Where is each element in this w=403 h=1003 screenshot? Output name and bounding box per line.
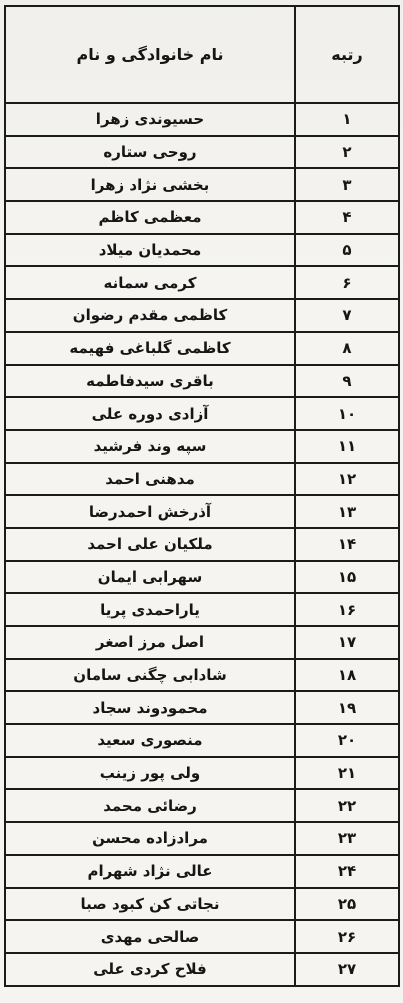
header-row: رتبه نام خانوادگی و نام: [5, 6, 399, 103]
name-cell: فلاح کردی علی: [5, 953, 295, 986]
rank-cell: ۱۹: [295, 691, 399, 724]
rank-cell: ۲: [295, 136, 399, 169]
rank-cell: ۱۷: [295, 626, 399, 659]
name-cell: رضائی محمد: [5, 789, 295, 822]
table-row: ۲ روحی ستاره: [5, 136, 399, 169]
name-cell: باقری سیدفاطمه: [5, 365, 295, 398]
table-header: رتبه نام خانوادگی و نام: [5, 6, 399, 103]
table-row: ۵ محمدیان میلاد: [5, 234, 399, 267]
name-column-header: نام خانوادگی و نام: [5, 6, 295, 103]
table-row: ۱۳ آذرخش احمدرضا: [5, 495, 399, 528]
rank-cell: ۶: [295, 266, 399, 299]
name-cell: مدهنی احمد: [5, 463, 295, 496]
rank-cell: ۱۰: [295, 397, 399, 430]
table-row: ۱۸ شادابی چگنی سامان: [5, 659, 399, 692]
table-row: ۲۰ منصوری سعید: [5, 724, 399, 757]
name-cell: یاراحمدی پریا: [5, 593, 295, 626]
table-row: ۱۵ سهرابی ایمان: [5, 561, 399, 594]
table-row: ۱ حسیوندی زهرا: [5, 103, 399, 136]
table-row: ۳ بخشی نژاد زهرا: [5, 168, 399, 201]
rank-cell: ۵: [295, 234, 399, 267]
rank-cell: ۹: [295, 365, 399, 398]
name-cell: شادابی چگنی سامان: [5, 659, 295, 692]
rank-column-header: رتبه: [295, 6, 399, 103]
rank-cell: ۲۶: [295, 920, 399, 953]
name-cell: اصل مرز اصغر: [5, 626, 295, 659]
name-cell: منصوری سعید: [5, 724, 295, 757]
name-cell: بخشی نژاد زهرا: [5, 168, 295, 201]
scanned-page: رتبه نام خانوادگی و نام ۱ حسیوندی زهرا ۲…: [0, 0, 403, 1003]
ranking-table: رتبه نام خانوادگی و نام ۱ حسیوندی زهرا ۲…: [4, 5, 400, 987]
table-row: ۴ معظمی کاظم: [5, 201, 399, 234]
name-cell: آزادی دوره علی: [5, 397, 295, 430]
table-row: ۲۵ نجاتی کن کبود صبا: [5, 888, 399, 921]
rank-cell: ۷: [295, 299, 399, 332]
rank-cell: ۱۴: [295, 528, 399, 561]
table-row: ۲۱ ولی پور زینب: [5, 757, 399, 790]
name-cell: مرادزاده محسن: [5, 822, 295, 855]
name-cell: محمدیان میلاد: [5, 234, 295, 267]
rank-cell: ۲۴: [295, 855, 399, 888]
rank-cell: ۸: [295, 332, 399, 365]
rank-cell: ۲۵: [295, 888, 399, 921]
table-row: ۶ کرمی سمانه: [5, 266, 399, 299]
table-row: ۱۴ ملکیان علی احمد: [5, 528, 399, 561]
rank-cell: ۱۲: [295, 463, 399, 496]
table-row: ۲۶ صالحی مهدی: [5, 920, 399, 953]
rank-cell: ۲۳: [295, 822, 399, 855]
rank-cell: ۴: [295, 201, 399, 234]
name-cell: محمودوند سجاد: [5, 691, 295, 724]
table-row: ۲۷ فلاح کردی علی: [5, 953, 399, 986]
rank-cell: ۱۸: [295, 659, 399, 692]
name-cell: صالحی مهدی: [5, 920, 295, 953]
name-cell: نجاتی کن کبود صبا: [5, 888, 295, 921]
table-row: ۸ کاظمی گلباغی فهیمه: [5, 332, 399, 365]
name-cell: معظمی کاظم: [5, 201, 295, 234]
rank-cell: ۳: [295, 168, 399, 201]
table-row: ۱۰ آزادی دوره علی: [5, 397, 399, 430]
rank-cell: ۱۱: [295, 430, 399, 463]
name-cell: سپه وند فرشید: [5, 430, 295, 463]
table-row: ۲۳ مرادزاده محسن: [5, 822, 399, 855]
table-row: ۱۶ یاراحمدی پریا: [5, 593, 399, 626]
name-cell: کاظمی گلباغی فهیمه: [5, 332, 295, 365]
table-row: ۷ کاظمی مقدم رضوان: [5, 299, 399, 332]
name-cell: روحی ستاره: [5, 136, 295, 169]
rank-cell: ۲۰: [295, 724, 399, 757]
rank-cell: ۱۵: [295, 561, 399, 594]
table-row: ۱۱ سپه وند فرشید: [5, 430, 399, 463]
table-row: ۱۹ محمودوند سجاد: [5, 691, 399, 724]
table-row: ۱۲ مدهنی احمد: [5, 463, 399, 496]
rank-cell: ۲۷: [295, 953, 399, 986]
rank-cell: ۱۶: [295, 593, 399, 626]
name-cell: آذرخش احمدرضا: [5, 495, 295, 528]
table-body: ۱ حسیوندی زهرا ۲ روحی ستاره ۳ بخشی نژاد …: [5, 103, 399, 986]
rank-cell: ۲۲: [295, 789, 399, 822]
name-cell: ولی پور زینب: [5, 757, 295, 790]
table-row: ۲۲ رضائی محمد: [5, 789, 399, 822]
table-row: ۱۷ اصل مرز اصغر: [5, 626, 399, 659]
name-cell: ملکیان علی احمد: [5, 528, 295, 561]
name-cell: عالی نژاد شهرام: [5, 855, 295, 888]
name-cell: سهرابی ایمان: [5, 561, 295, 594]
table-row: ۲۴ عالی نژاد شهرام: [5, 855, 399, 888]
name-cell: کرمی سمانه: [5, 266, 295, 299]
rank-cell: ۱: [295, 103, 399, 136]
rank-cell: ۲۱: [295, 757, 399, 790]
rank-cell: ۱۳: [295, 495, 399, 528]
name-cell: کاظمی مقدم رضوان: [5, 299, 295, 332]
table-row: ۹ باقری سیدفاطمه: [5, 365, 399, 398]
name-cell: حسیوندی زهرا: [5, 103, 295, 136]
